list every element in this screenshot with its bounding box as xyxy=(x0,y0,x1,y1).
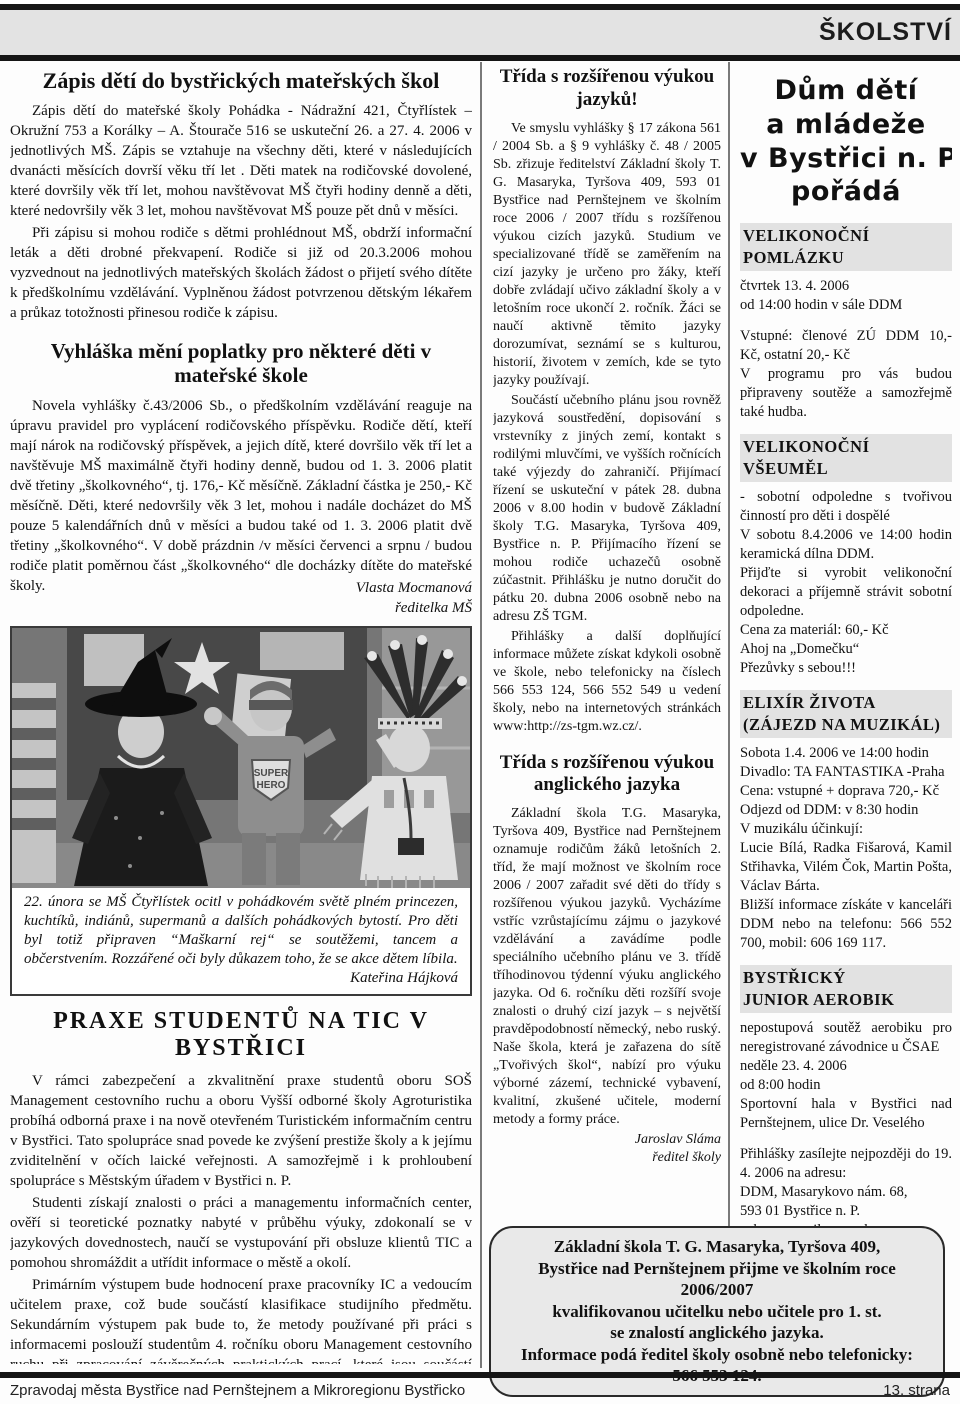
right-column: Dům dětía mládežev Bystřici n. P.pořádá … xyxy=(740,64,952,1232)
event-heading-line: BYSTŘICKÝ xyxy=(743,967,949,989)
article-paragraph: Novela vyhlášky č.43/2006 Sb., o předško… xyxy=(10,396,472,596)
event-line xyxy=(740,1133,952,1145)
announcement-line: Bystřice nad Pernštejnem přijme ve školn… xyxy=(501,1258,933,1301)
event-line: Sportovní hala v Bystřici nad Pernštejne… xyxy=(740,1095,952,1133)
event-line: Přihlášky zasílejte nejpozději do 19. 4.… xyxy=(740,1145,952,1183)
event-line xyxy=(740,315,952,327)
article-paragraph: Při zápisu si mohou rodiče s dětmi prohl… xyxy=(10,223,472,323)
event-body: - sobotní odpoledne s tvořivou činností … xyxy=(740,488,952,678)
event-line: od 8:00 hodin xyxy=(740,1076,952,1095)
left-column: Zápis dětí do bystřických mateřských ško… xyxy=(10,64,472,1364)
title-line: jazyků! xyxy=(493,89,721,112)
event-line: V muzikálu účinkují: xyxy=(740,820,952,839)
event-line: neděle 23. 4. 2006 xyxy=(740,1057,952,1076)
announcement-line: kvalifikovanou učitelku nebo učitele pro… xyxy=(501,1301,933,1323)
event-line: V programu pro vás budou připraveny sout… xyxy=(740,365,952,422)
event-body: nepostupová soutěž aerobiku pro neregist… xyxy=(740,1019,952,1232)
ddm-title-line: v Bystřici n. P. xyxy=(740,142,952,176)
article-title-praxe: PRAXE STUDENTŮ NA TIC V BYSTŘICI xyxy=(10,1008,472,1063)
event-line: Lucie Bílá, Radka Fišarová, Kamil Střiha… xyxy=(740,839,952,896)
event-heading: VELIKONOČNÍ VŠEUMĚL xyxy=(740,434,952,482)
article-title-jazyky: Třída s rozšířenou výukou jazyků! xyxy=(493,66,721,112)
article-paragraph: Ve smyslu vyhlášky § 17 zákona 561 / 200… xyxy=(493,120,721,390)
ddm-title-line: Dům dětí xyxy=(740,74,952,108)
event-heading-line: (ZÁJEZD NA MUZIKÁL) xyxy=(743,714,949,736)
superhero-text: SUPER xyxy=(254,768,289,779)
title-line: Třída s rozšířenou výukou xyxy=(493,752,721,775)
column-divider xyxy=(728,62,730,1238)
header-bottom-rule xyxy=(0,55,960,61)
photo-frame: SUPER HERO xyxy=(10,626,472,996)
caption-text: 22. února se MŠ Čtyřlístek ocitl v pohád… xyxy=(24,893,458,969)
event-heading: VELIKONOČNÍ POMLÁZKU xyxy=(740,223,952,271)
superhero-text: HERO xyxy=(257,780,286,791)
event-heading-line: ELIXÍR ŽIVOTA xyxy=(743,692,949,714)
event-elixir-zivota: ELIXÍR ŽIVOTA(ZÁJEZD NA MUZIKÁL) Sobota … xyxy=(740,690,952,953)
event-body: čtvrtek 13. 4. 2006od 14:00 hodin v sále… xyxy=(740,277,952,422)
event-line: od 14:00 hodin v sále DDM xyxy=(740,296,952,315)
event-line: DDM, Masarykovo nám. 68, xyxy=(740,1183,952,1202)
middle-column: Třída s rozšířenou výukou jazyků! Ve smy… xyxy=(493,64,721,1232)
event-line: V sobotu 8.4.2006 ve 14:00 hodin keramic… xyxy=(740,526,952,564)
event-body: Sobota 1.4. 2006 ve 14:00 hodinDivadlo: … xyxy=(740,744,952,953)
article-paragraph: Součástí učebního plánu jsou rovněž jazy… xyxy=(493,392,721,626)
newspaper-page: ŠKOLSTVÍ Zápis dětí do bystřických mateř… xyxy=(0,0,960,1404)
event-line: Ahoj na „Domečku“ xyxy=(740,640,952,659)
event-velikonocni-pomlazka: VELIKONOČNÍ POMLÁZKU čtvrtek 13. 4. 2006… xyxy=(740,223,952,422)
event-heading-line: JUNIOR AEROBIK xyxy=(743,989,949,1011)
article-paragraph: V rámci zabezpečení a zkvalitnění praxe … xyxy=(10,1071,472,1191)
ddm-title-line: a mládeže xyxy=(740,108,952,142)
footer-page-number: 13. strana xyxy=(883,1382,950,1399)
article-paragraph: Primárním výstupem bude hodnocení praxe … xyxy=(10,1275,472,1364)
event-line: Přijďte si vyrobit velikonoční dekoraci … xyxy=(740,564,952,621)
event-junior-aerobik: BYSTŘICKÝJUNIOR AEROBIK nepostupová sout… xyxy=(740,965,952,1232)
article-paragraph: Studenti získají znalosti o práci a mana… xyxy=(10,1193,472,1273)
article-paragraph: Přihlášky a další doplňující informace m… xyxy=(493,628,721,736)
page-footer: Zpravodaj města Bystřice nad Pernštejnem… xyxy=(10,1382,950,1399)
caption-author: Kateřina Hájková xyxy=(24,969,458,988)
article-paragraph: Základní škola T.G. Masaryka, Tyršova 40… xyxy=(493,805,721,1129)
title-line: anglického jazyka xyxy=(493,774,721,797)
event-heading-line: VELIKONOČNÍ VŠEUMĚL xyxy=(743,436,949,480)
event-line: Odjezd od DDM: v 8:30 hodin xyxy=(740,801,952,820)
event-heading: BYSTŘICKÝJUNIOR AEROBIK xyxy=(740,965,952,1013)
signature-name: Jaroslav Sláma xyxy=(493,1131,721,1149)
ddm-title: Dům dětía mládežev Bystřici n. P.pořádá xyxy=(740,74,952,209)
ddm-title-line: pořádá xyxy=(740,175,952,209)
event-heading-line: VELIKONOČNÍ POMLÁZKU xyxy=(743,225,949,269)
article-title-anglictina: Třída s rozšířenou výukou anglického jaz… xyxy=(493,752,721,798)
footer-rule xyxy=(0,1372,960,1378)
photo-caption: 22. února se MŠ Čtyřlístek ocitl v pohád… xyxy=(12,888,470,994)
announcement-line: se znalostí anglického jazyka. xyxy=(501,1322,933,1344)
event-line: Přezůvky s sebou!!! xyxy=(740,659,952,678)
event-line: 593 01 Bystřice n. P. xyxy=(740,1202,952,1221)
section-header-label: ŠKOLSTVÍ xyxy=(819,18,960,47)
event-line: Bližší informace získáte v kanceláři DDM… xyxy=(740,896,952,953)
event-heading: ELIXÍR ŽIVOTA(ZÁJEZD NA MUZIKÁL) xyxy=(740,690,952,738)
footer-publication-title: Zpravodaj města Bystřice nad Pernštejnem… xyxy=(10,1382,465,1399)
event-line: - sobotní odpoledne s tvořivou činností … xyxy=(740,488,952,526)
signature-name: Vlasta Mocmanová xyxy=(10,578,472,598)
event-line: Cena za materiál: 60,- Kč xyxy=(740,621,952,640)
event-line: čtvrtek 13. 4. 2006 xyxy=(740,277,952,296)
section-header-band: ŠKOLSTVÍ xyxy=(0,10,960,55)
column-divider xyxy=(480,62,482,1368)
announcement-line: Základní škola T. G. Masaryka, Tyršova 4… xyxy=(501,1236,933,1258)
event-line: Divadlo: TA FANTASTIKA -Praha xyxy=(740,763,952,782)
signature-role: ředitel školy xyxy=(493,1149,721,1167)
event-velikonocni-vseumel: VELIKONOČNÍ VŠEUMĚL - sobotní odpoledne … xyxy=(740,434,952,678)
announcement-line: Informace podá ředitel školy osobně nebo… xyxy=(501,1344,933,1366)
signature-role: ředitelka MŠ xyxy=(10,598,472,618)
article-title-vyhlaska: Vyhláška mění poplatky pro některé děti … xyxy=(40,339,442,387)
title-line: Třída s rozšířenou výukou xyxy=(493,66,721,89)
article-paragraph: Zápis dětí do mateřské školy Pohádka - N… xyxy=(10,101,472,221)
job-announcement-box: Základní škola T. G. Masaryka, Tyršova 4… xyxy=(489,1226,945,1397)
event-line: Vstupné: členové ZÚ DDM 10,- Kč, ostatní… xyxy=(740,327,952,365)
event-line: Sobota 1.4. 2006 ve 14:00 hodin xyxy=(740,744,952,763)
article-title-zapis: Zápis dětí do bystřických mateřských ško… xyxy=(10,68,472,93)
photo-illustration: SUPER HERO xyxy=(12,628,470,888)
event-line: Cena: vstupné + doprava 720,- Kč xyxy=(740,782,952,801)
event-line: nepostupová soutěž aerobiku pro neregist… xyxy=(740,1019,952,1057)
child-striped xyxy=(12,683,56,883)
